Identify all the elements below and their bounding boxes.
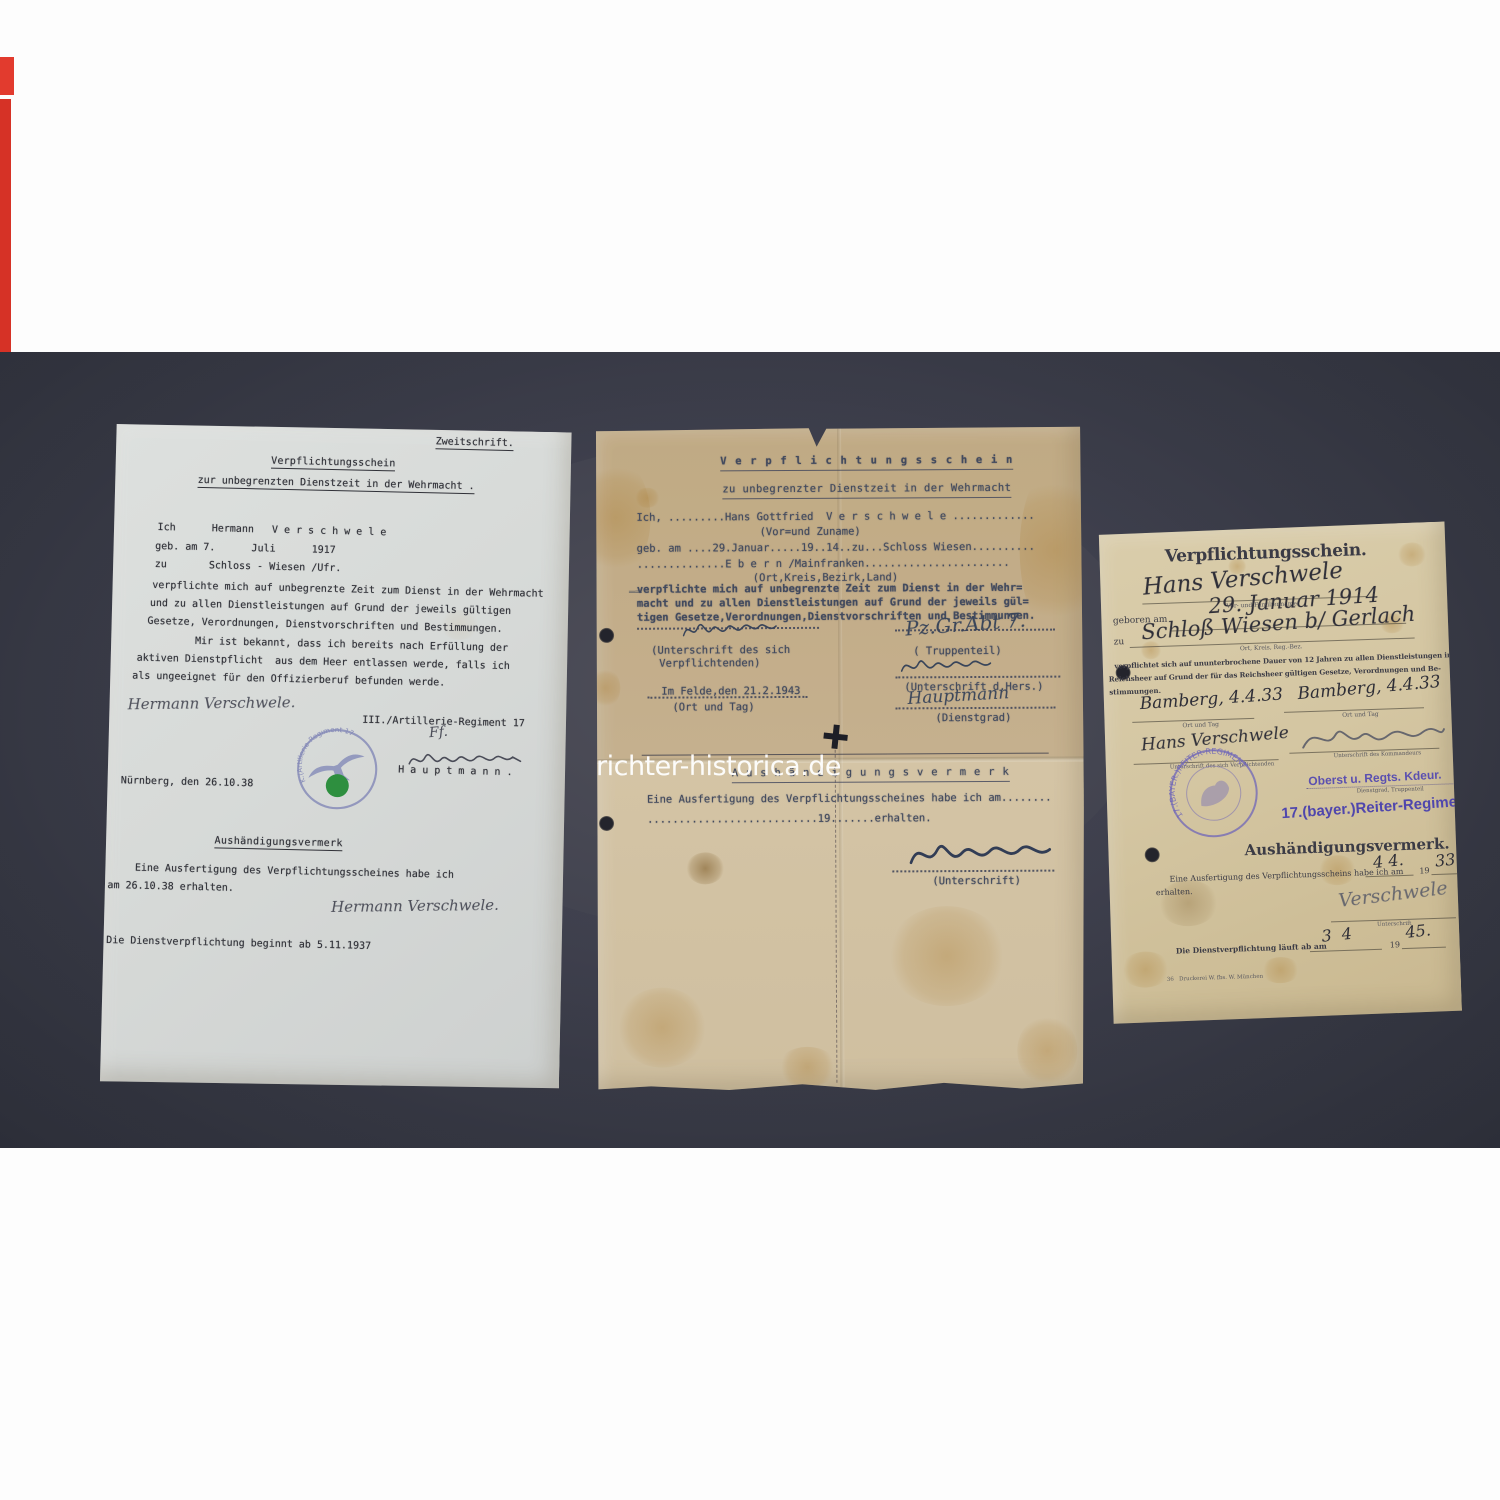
doc-title: V e r p f l i c h t u n g s s c h e i n [720,455,1013,471]
printed-19: 19 [1419,867,1429,875]
line-birth: geb. am ....29.Januar.....19..14..zu...S… [637,542,1035,555]
label-name: (Vor=und Zuname) [760,527,861,538]
countersign-initials: Ff. [428,725,448,740]
line-name: Ich Hermann V e r s c h w e l e [157,523,386,538]
form-rule [1402,947,1446,949]
print-note: 36 Druckerei W. fbs. W. München [1167,975,1263,984]
handover-line: Eine Ausfertigung des Verpflichtungssche… [135,864,454,881]
document-left-verpflichtungsschein-1938: Zweitschrift. Verpflichtungsschein zur u… [99,422,574,1092]
label-place-date: (Ort und Tag) [672,702,754,713]
label-signature-self: (Unterschrift des sich [651,645,790,656]
handover-day-handwritten: 4 4. [1372,852,1404,871]
signature-scrawl-officer [899,654,995,679]
copy-note: Zweitschrift. [435,437,514,451]
punch-hole [599,816,614,831]
at-label: zu [1114,638,1125,647]
stain [1260,956,1301,983]
paragraph2-line: aktiven Dienstpflicht aus dem Heer entla… [137,654,510,672]
form-rule [1366,875,1414,878]
eagle-stamp: K.(Artillerie-Regiment 17 [283,715,391,823]
form-rule [1431,873,1457,875]
line-place: ..............E b e r n /Mainfranken....… [637,558,1010,570]
footer-line: Die Dienstverpflichtung beginnt ab 5.11.… [106,936,371,952]
doc-subtitle: zu unbegrenzter Dienstzeit in der Wehrma… [722,483,1011,499]
product-photo-page: Zweitschrift. Verpflichtungsschein zur u… [0,0,1500,1500]
line-name: Ich, .........Hans Gottfried V e r s c h… [636,511,1034,524]
paragraph2-line: als ungeeignet für den Offizierberuf bef… [132,671,445,688]
handover-title: Aushändigungsvermerk [214,836,343,851]
document-right-verpflichtungsschein-1933: Verpflichtungsschein. Hans Verschwele Vo… [1096,521,1462,1024]
stain [1396,542,1427,567]
signature-verpflichteter: Hermann Verschwele. [128,695,296,712]
punch-hole [599,628,614,643]
rank-line: H a u p t m a n n . [398,766,513,779]
stamp-arc-text: K.(Artillerie-Regiment 17 [284,718,366,784]
label-signature-self: Verpflichtenden) [659,658,760,669]
label-place: Ort, Kreis, Reg.-Bez. [1240,644,1303,652]
stain [686,852,724,884]
label-stamp: Dienstgrad, Truppenteil [1357,787,1424,795]
label-signature-right: Unterschrift des Kommandeurs [1333,751,1421,759]
red-edge-mark-top [0,57,14,95]
paragraph-line: verpflichte mich auf unbegrenzte Zeit zu… [637,583,1023,596]
signature-scrawl-verpflichteter [681,617,781,644]
place-date-right-handwritten: Bamberg, 4.4.33 [1297,674,1442,703]
stain [777,1047,837,1087]
stain [887,906,1008,1007]
handover-line: erhalten. [1156,888,1193,897]
label-rank: (Dienstgrad) [935,713,1011,724]
rider-icon [1195,778,1233,811]
paragraph-line: macht und zu allen Dienstleistungen auf … [637,597,1029,610]
watermark: richter-historica.de [596,751,841,782]
paragraph1-line: und zu allen Dienstleistungen auf Grund … [150,599,511,617]
stain [634,488,660,508]
handover-line: Eine Ausfertigung des Verpflichtungssche… [647,793,1052,806]
line-birth: geb. am 7. Juli 1917 [155,542,336,556]
line-place: zu Schloss - Wiesen /Ufr. [155,560,342,574]
label-signature: (Unterschrift) [932,876,1021,887]
punch-hole [1144,847,1159,862]
stain [1017,1015,1077,1085]
handover-line: am 26.10.38 erhalten. [107,881,234,894]
handover-line: ...........................19.......erha… [647,813,932,825]
dotted-line [892,870,1054,873]
handover-year-handwritten: 33 [1434,852,1456,870]
handover-title: Aushändigungsvermerk. [1244,836,1449,858]
stain [1120,951,1171,989]
stamp-text-regiment: 17.(bayer.)Reiter-Regiment [1281,792,1472,822]
stain [617,987,707,1067]
label-place-date: Ort und Tag [1342,712,1379,719]
expiry-year-handwritten: 45. [1405,922,1432,941]
label-place-date: Ort und Tag [1182,722,1219,729]
doc-subtitle: zur unbegrenzten Dienstzeit in der Wehrm… [198,476,475,494]
expiry-day-handwritten: 3 4 [1321,926,1353,945]
signature-scrawl-handover [907,836,1057,873]
paragraph1-line: verpflichte mich auf unbegrenzte Zeit zu… [152,581,543,600]
doc-title: Verpflichtungsschein [271,457,396,472]
signature-handover: Hermann Verschwele. [331,898,499,915]
printed-19: 19 [1390,941,1400,949]
signature-handover-handwritten: Verschwele [1337,879,1448,911]
fold-cross-mark [822,724,848,750]
place-date-line: Nürnberg, den 26.10.38 [121,776,254,789]
expiry-line: Die Dienstverpflichtung läuft ab am [1176,943,1327,955]
